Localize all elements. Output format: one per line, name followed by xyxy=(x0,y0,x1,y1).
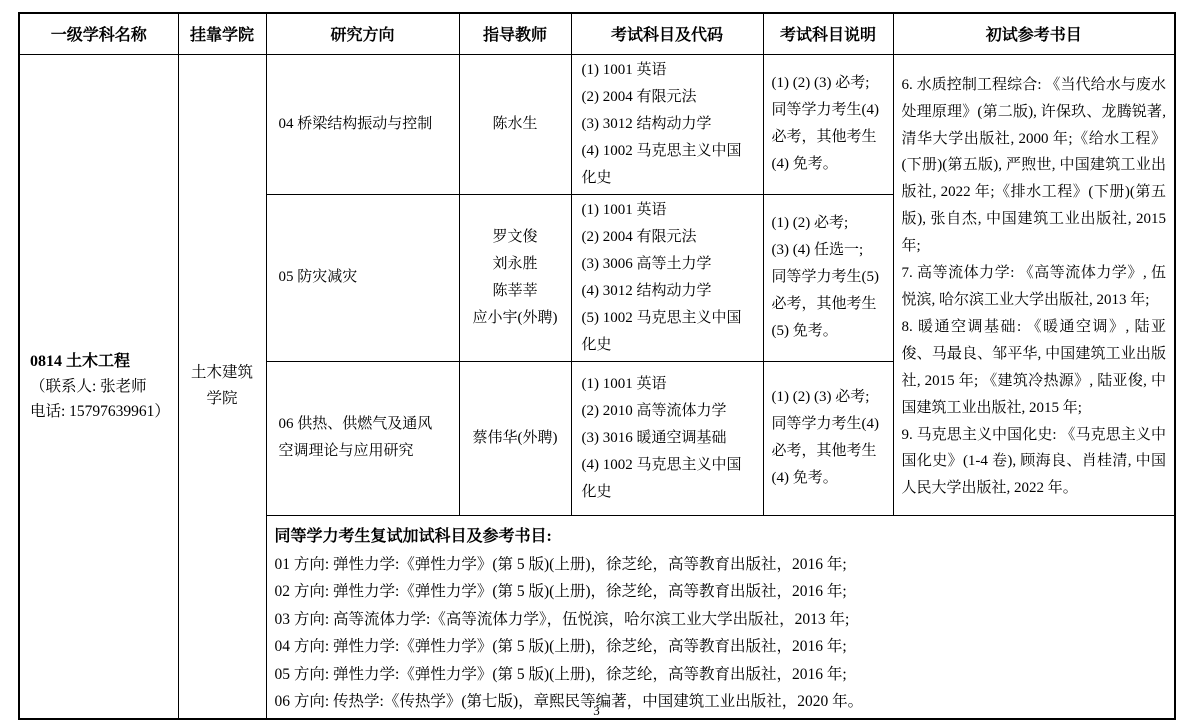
retest-line-03: 03 方向: 高等流体力学:《高等流体力学》，伍悦滨，哈尔滨工业大学出版社，20… xyxy=(275,606,1165,634)
advisor-names-05: 罗文俊 刘永胜 陈莘莘 应小宇(外聘) xyxy=(459,194,571,361)
research-direction-04: 04 桥梁结构振动与控制 xyxy=(266,54,459,194)
exam-subjects-05: (1) 1001 英语 (2) 2004 有限元法 (3) 3006 高等土力学… xyxy=(571,194,763,361)
exam-subjects-04: (1) 1001 英语 (2) 2004 有限元法 (3) 3012 结构动力学… xyxy=(571,54,763,194)
exam-notes-05: (1) (2) 必考; (3) (4) 任选一; 同等学力考生(5) 必考，其他… xyxy=(763,194,893,361)
discipline-cell: 0814 土木工程 （联系人: 张老师 电话: 15797639961） xyxy=(19,54,178,719)
retest-heading: 同等学力考生复试加试科目及参考书目: xyxy=(275,522,1165,551)
research-direction-05: 05 防灾减灾 xyxy=(266,194,459,361)
discipline-code-name: 0814 土木工程 xyxy=(30,349,172,374)
col-header-exam-subject-notes: 考试科目说明 xyxy=(763,13,893,54)
research-direction-06: 06 供热、供燃气及通风 空调理论与应用研究 xyxy=(266,361,459,515)
col-header-reference-books: 初试参考书目 xyxy=(893,13,1175,54)
retest-line-01: 01 方向: 弹性力学:《弹性力学》(第 5 版)(上册)，徐芝纶，高等教育出版… xyxy=(275,551,1165,579)
retest-line-05: 05 方向: 弹性力学:《弹性力学》(第 5 版)(上册)，徐芝纶，高等教育出版… xyxy=(275,661,1165,689)
retest-line-04: 04 方向: 弹性力学:《弹性力学》(第 5 版)(上册)，徐芝纶，高等教育出版… xyxy=(275,633,1165,661)
reference-item-9: 9. 马克思主义中国化史: 《马克思主义中国化史》(1-4 卷), 顾海良、肖桂… xyxy=(902,422,1167,503)
advisor-names-06: 蔡伟华(外聘) xyxy=(459,361,571,515)
advisor-names-04: 陈水生 xyxy=(459,54,571,194)
exam-notes-06: (1) (2) (3) 必考; 同等学力考生(4) 必考，其他考生 (4) 免考… xyxy=(763,361,893,515)
col-header-affiliated-college: 挂靠学院 xyxy=(178,13,266,54)
admissions-table: 一级学科名称 挂靠学院 研究方向 指导教师 考试科目及代码 考试科目说明 初试参… xyxy=(18,12,1176,720)
retest-line-02: 02 方向: 弹性力学:《弹性力学》(第 5 版)(上册)，徐芝纶，高等教育出版… xyxy=(275,578,1165,606)
reference-item-7: 7. 高等流体力学: 《高等流体力学》, 伍悦滨, 哈尔滨工业大学出版社, 20… xyxy=(902,260,1167,314)
retest-subjects-cell: 同等学力考生复试加试科目及参考书目: 01 方向: 弹性力学:《弹性力学》(第 … xyxy=(266,515,1175,719)
discipline-contact: （联系人: 张老师 电话: 15797639961） xyxy=(30,374,172,424)
col-header-advisor: 指导教师 xyxy=(459,13,571,54)
exam-notes-04: (1) (2) (3) 必考; 同等学力考生(4) 必考，其他考生 (4) 免考… xyxy=(763,54,893,194)
col-header-exam-subjects-codes: 考试科目及代码 xyxy=(571,13,763,54)
college-cell: 土木建筑 学院 xyxy=(178,54,266,719)
exam-subjects-06: (1) 1001 英语 (2) 2010 高等流体力学 (3) 3016 暖通空… xyxy=(571,361,763,515)
col-header-research-direction: 研究方向 xyxy=(266,13,459,54)
page-number: 3 xyxy=(0,703,1193,719)
reference-item-6: 6. 水质控制工程综合: 《当代给水与废水处理原理》(第二版), 许保玖、龙腾锐… xyxy=(902,72,1167,260)
col-header-discipline-name: 一级学科名称 xyxy=(19,13,178,54)
header-row: 一级学科名称 挂靠学院 研究方向 指导教师 考试科目及代码 考试科目说明 初试参… xyxy=(19,13,1175,54)
reference-books-cell: 6. 水质控制工程综合: 《当代给水与废水处理原理》(第二版), 许保玖、龙腾锐… xyxy=(893,54,1175,515)
reference-item-8: 8. 暖通空调基础: 《暖通空调》, 陆亚俊、马最良、邹平华, 中国建筑工业出版… xyxy=(902,314,1167,422)
table-row-direction-04: 0814 土木工程 （联系人: 张老师 电话: 15797639961） 土木建… xyxy=(19,54,1175,194)
